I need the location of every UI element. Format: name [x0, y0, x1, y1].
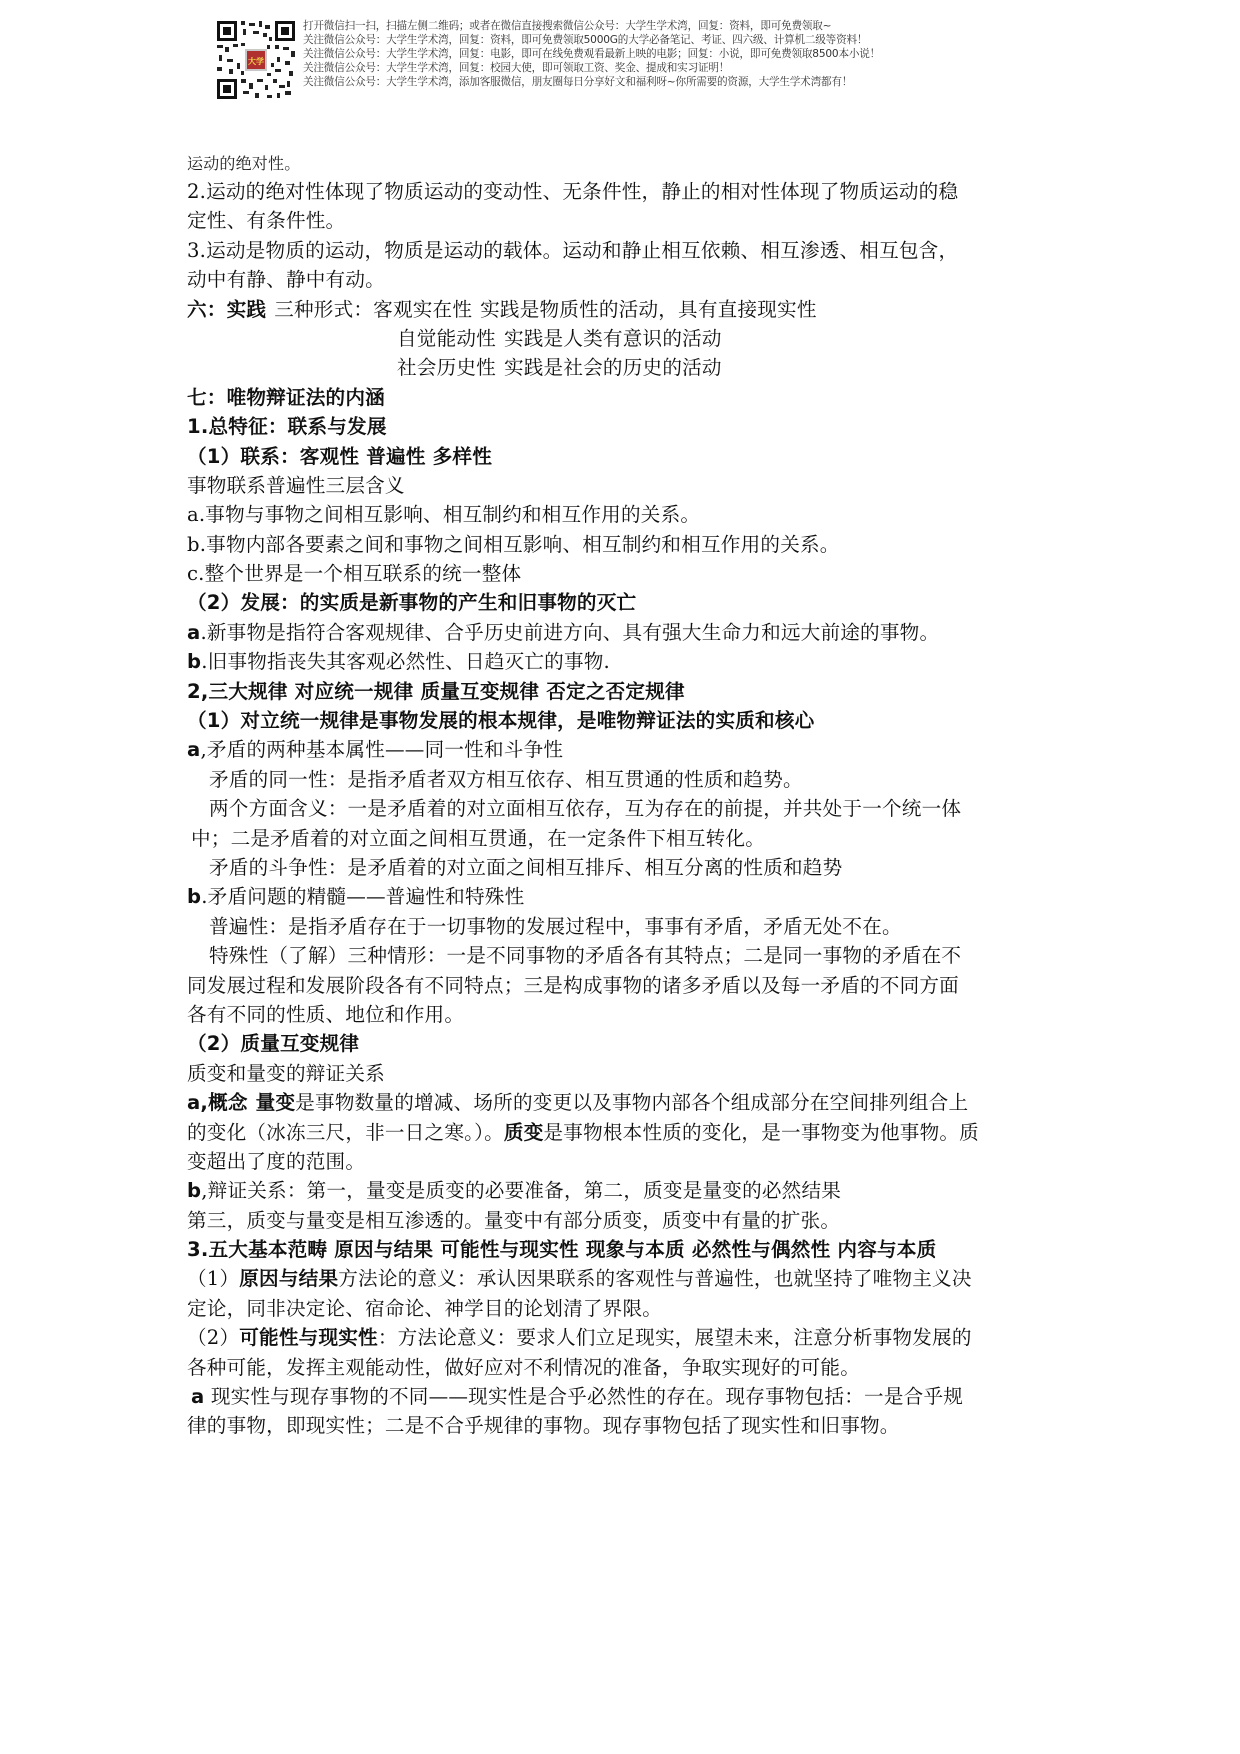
- section-heading-practice: 六：实践: [187, 298, 266, 321]
- list-number: （2）: [187, 1326, 239, 1349]
- promo-line: 关注微信公众号：大学生学术湾，回复：电影，即可在线免费观看最新上映的电影；回复：…: [303, 47, 880, 61]
- paragraph-text: 是事物根本性质的变化，是一事物变为他事物。质: [544, 1121, 979, 1144]
- paragraph-line: 质变和量变的辩证关系: [187, 1059, 1057, 1088]
- paragraph-line: 矛盾的同一性：是指矛盾者双方相互依存、相互贯通的性质和趋势。: [187, 765, 1057, 794]
- list-marker: a: [187, 738, 200, 761]
- term-quantitative-change: 量变: [256, 1091, 296, 1114]
- paragraph-line: 定性、有条件性。: [187, 206, 1057, 235]
- promo-text: 打开微信扫一扫，扫描左侧二维码；或者在微信直接搜索微信公众号：大学生学术湾，回复…: [303, 19, 880, 89]
- list-marker: a: [191, 1385, 204, 1408]
- list-marker: a: [187, 621, 200, 644]
- subsection-heading: 2,三大规律 对应统一规律 质量互变规律 否定之否定规律: [187, 677, 1057, 706]
- paragraph-text: 的变化（冰冻三尺，非一日之寒。）。: [187, 1121, 504, 1144]
- list-item: b,辩证关系：第一，量变是质变的必要准备，第二，质变是量变的必然结果: [187, 1176, 1057, 1205]
- list-number: （1）: [187, 1267, 239, 1290]
- paragraph-line: 第三，质变与量变是相互渗透的。量变中有部分质变，质变中有量的扩张。: [187, 1206, 1057, 1235]
- paragraph-line: 的变化（冰冻三尺，非一日之寒。）。质变是事物根本性质的变化，是一事物变为他事物。…: [187, 1118, 1057, 1147]
- term-cause-effect: 原因与结果: [239, 1267, 338, 1290]
- practice-form-row: 社会历史性实践是社会的历史的活动: [187, 353, 1057, 382]
- list-text: ,矛盾的两种基本属性——同一性和斗争性: [200, 738, 563, 761]
- paragraph-line: 特殊性（了解）三种情形：一是不同事物的矛盾各有其特点；二是同一事物的矛盾在不: [187, 941, 1057, 970]
- promo-line: 关注微信公众号：大学生学术湾，回复：资料，即可免费领取5000G的大学必备笔记、…: [303, 33, 880, 47]
- practice-form-desc: 实践是社会的历史的活动: [504, 356, 722, 379]
- practice-form-desc: 实践是物质性的活动，具有直接现实性: [480, 298, 817, 321]
- subsection-heading: （1）对立统一规律是事物发展的根本规律，是唯物辩证法的实质和核心: [187, 706, 1057, 735]
- subsection-heading: （2）发展：的实质是新事物的产生和旧事物的灭亡: [187, 588, 1057, 617]
- list-marker: b: [187, 885, 201, 908]
- paragraph-line: 定论，同非决定论、宿命论、神学目的论划清了界限。: [187, 1294, 1057, 1323]
- list-text: ：方法论意义：要求人们立足现实，展望未来，注意分析事物发展的: [378, 1326, 972, 1349]
- paragraph-line: 各有不同的性质、地位和作用。: [187, 1000, 1057, 1029]
- document-body: 运动的绝对性。 2.运动的绝对性体现了物质运动的变动性、无条件性，静止的相对性体…: [187, 151, 1057, 1441]
- promo-banner: 大学 打开微信扫一扫，扫描左侧二维码；或者在微信直接搜索微信公众号：大学生学术湾…: [215, 19, 880, 103]
- paragraph-line: 两个方面含义：一是矛盾着的对立面相互依存，互为存在的前提，并共处于一个统一体: [187, 794, 1057, 823]
- subsection-heading: 1.总特征：联系与发展: [187, 412, 1057, 441]
- paragraph-line: 动中有静、静中有动。: [187, 265, 1057, 294]
- paragraph-line: 事物联系普遍性三层含义: [187, 471, 1057, 500]
- section-heading: 七：唯物辩证法的内涵: [187, 383, 1057, 412]
- list-item: c.整个世界是一个相互联系的统一整体: [187, 559, 1057, 588]
- practice-intro: 三种形式：: [274, 298, 373, 321]
- list-item: a,矛盾的两种基本属性——同一性和斗争性: [187, 735, 1057, 764]
- list-item: b.矛盾问题的精髓——普遍性和特殊性: [187, 882, 1057, 911]
- paragraph-line: 运动的绝对性。: [187, 151, 1057, 177]
- list-text: ,辩证关系：第一，量变是质变的必要准备，第二，质变是量变的必然结果: [201, 1179, 841, 1202]
- list-text: 是事物数量的增减、场所的变更以及事物内部各个组成部分在空间排列组合上: [295, 1091, 968, 1114]
- list-item: （2）可能性与现实性：方法论意义：要求人们立足现实，展望未来，注意分析事物发展的: [187, 1323, 1057, 1352]
- list-text: 现实性与现存事物的不同——现实性是合乎必然性的存在。现存事物包括：一是合乎规: [204, 1385, 963, 1408]
- list-item: a.事物与事物之间相互影响、相互制约和相互作用的关系。: [187, 500, 1057, 529]
- practice-section: 六：实践三种形式：客观实在性实践是物质性的活动，具有直接现实性: [187, 295, 1057, 324]
- paragraph-line: 中；二是矛盾着的对立面之间相互贯通，在一定条件下相互转化。: [187, 824, 1057, 853]
- subsection-heading: （1）联系：客观性 普遍性 多样性: [187, 442, 1057, 471]
- paragraph-line: 律的事物，即现实性；二是不合乎规律的事物。现存事物包括了现实性和旧事物。: [187, 1411, 1057, 1440]
- practice-form-name: 社会历史性: [397, 356, 496, 379]
- subsection-heading: 3.五大基本范畴 原因与结果 可能性与现实性 现象与本质 必然性与偶然性 内容与…: [187, 1235, 1057, 1264]
- paragraph-line: 变超出了度的范围。: [187, 1147, 1057, 1176]
- subsection-heading: （2）质量互变规律: [187, 1029, 1057, 1058]
- promo-line: 打开微信扫一扫，扫描左侧二维码；或者在微信直接搜索微信公众号：大学生学术湾，回复…: [303, 19, 880, 33]
- list-marker: b: [187, 1179, 201, 1202]
- paragraph-line: 各种可能，发挥主观能动性，做好应对不利情况的准备，争取实现好的可能。: [187, 1353, 1057, 1382]
- list-item: a,概念量变是事物数量的增减、场所的变更以及事物内部各个组成部分在空间排列组合上: [187, 1088, 1057, 1117]
- practice-form-name: 自觉能动性: [397, 327, 496, 350]
- practice-form-desc: 实践是人类有意识的活动: [504, 327, 722, 350]
- term-qualitative-change: 质变: [504, 1121, 544, 1144]
- qr-code[interactable]: 大学: [215, 19, 297, 101]
- list-item: b.事物内部各要素之间和事物之间相互影响、相互制约和相互作用的关系。: [187, 530, 1057, 559]
- paragraph-line: 2.运动的绝对性体现了物质运动的变动性、无条件性，静止的相对性体现了物质运动的稳: [187, 177, 1057, 206]
- promo-line: 关注微信公众号：大学生学术湾，回复：校园大使，即可领取工资、奖金、提成和实习证明…: [303, 61, 880, 75]
- list-item: （1）原因与结果方法论的意义：承认因果联系的客观性与普遍性，也就坚持了唯物主义决: [187, 1264, 1057, 1293]
- promo-line: 关注微信公众号：大学生学术湾，添加客服微信，朋友圈每日分享好文和福利呀~你所需要…: [303, 75, 880, 89]
- list-text: .旧事物指丧失其客观必然性、日趋灭亡的事物.: [201, 650, 610, 673]
- qr-code-icon: 大学: [215, 19, 297, 101]
- list-text: .矛盾问题的精髓——普遍性和特殊性: [201, 885, 524, 908]
- paragraph-line: 3.运动是物质的运动，物质是运动的载体。运动和静止相互依赖、相互渗透、相互包含，: [187, 236, 1057, 265]
- list-text: 方法论的意义：承认因果联系的客观性与普遍性，也就坚持了唯物主义决: [338, 1267, 971, 1290]
- svg-text:大学: 大学: [248, 56, 264, 66]
- paragraph-line: 普遍性：是指矛盾存在于一切事物的发展过程中，事事有矛盾，矛盾无处不在。: [187, 912, 1057, 941]
- list-item: b.旧事物指丧失其客观必然性、日趋灭亡的事物.: [187, 647, 1057, 676]
- list-item: a.新事物是指符合客观规律、合乎历史前进方向、具有强大生命力和远大前途的事物。: [187, 618, 1057, 647]
- practice-form-name: 客观实在性: [373, 298, 472, 321]
- list-marker: b: [187, 650, 201, 673]
- term-possibility-reality: 可能性与现实性: [239, 1326, 378, 1349]
- list-text: .新事物是指符合客观规律、合乎历史前进方向、具有强大生命力和远大前途的事物。: [200, 621, 939, 644]
- practice-form-row: 自觉能动性实践是人类有意识的活动: [187, 324, 1057, 353]
- list-marker: a,概念: [187, 1091, 248, 1114]
- paragraph-line: 矛盾的斗争性：是矛盾着的对立面之间相互排斥、相互分离的性质和趋势: [187, 853, 1057, 882]
- list-item: a 现实性与现存事物的不同——现实性是合乎必然性的存在。现存事物包括：一是合乎规: [187, 1382, 1057, 1411]
- paragraph-line: 同发展过程和发展阶段各有不同特点；三是构成事物的诸多矛盾以及每一矛盾的不同方面: [187, 971, 1057, 1000]
